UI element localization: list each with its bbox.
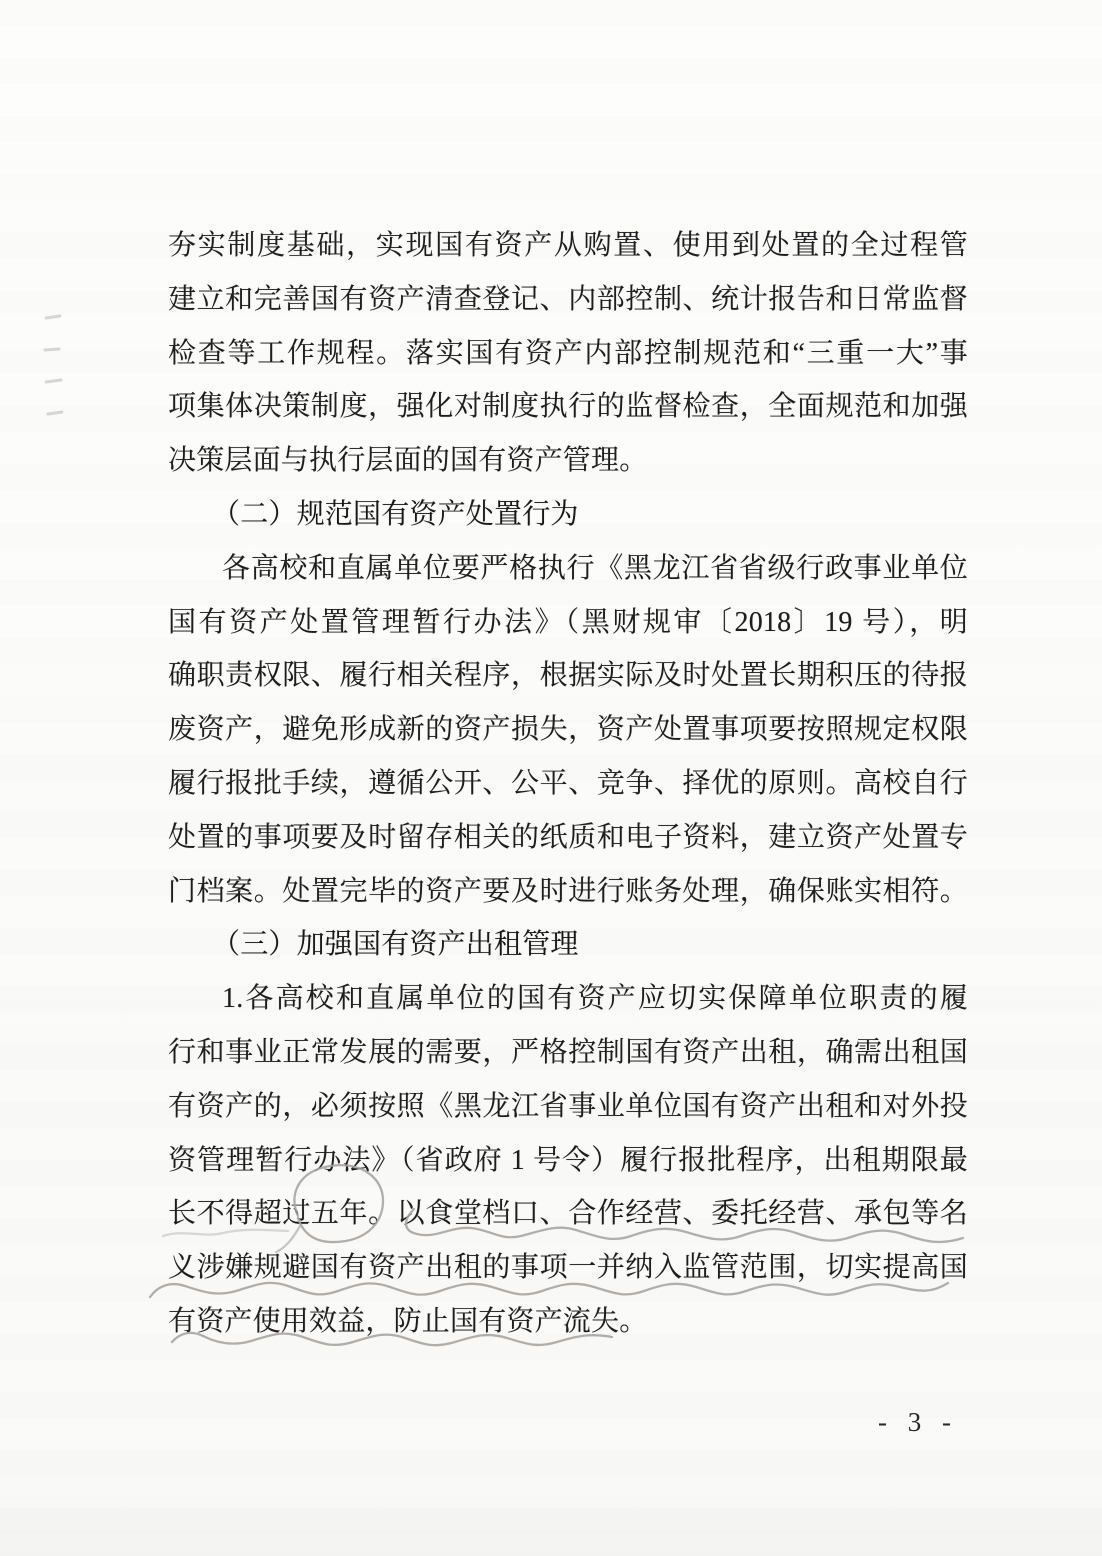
text-line: 检查等工作规程。落实国有资产内部控制规范和“三重一大”事 bbox=[168, 327, 968, 381]
section-heading-2: （二）规范国有资产处置行为 bbox=[212, 488, 968, 542]
text-line: 有资产使用效益，防止国有资产流失。 bbox=[168, 1295, 968, 1349]
text-line: 确职责权限、履行相关程序，根据实际及时处置长期积压的待报 bbox=[168, 649, 968, 703]
text-line: 长不得超过五年。以食堂档口、合作经营、委托经营、承包等名 bbox=[168, 1187, 968, 1241]
text-line: 各高校和直属单位要严格执行《黑龙江省省级行政事业单位 bbox=[222, 542, 968, 596]
text-line: 义涉嫌规避国有资产出租的事项一并纳入监管范围，切实提高国 bbox=[168, 1241, 968, 1295]
text-line: 履行报批手续，遵循公开、公平、竞争、择优的原则。高校自行 bbox=[168, 757, 968, 811]
margin-mark bbox=[46, 380, 61, 382]
text-line: 决策层面与执行层面的国有资产管理。 bbox=[168, 434, 968, 488]
text-line: 1.各高校和直属单位的国有资产应切实保障单位职责的履 bbox=[222, 972, 968, 1026]
text-line: 夯实制度基础，实现国有资产从购置、使用到处置的全过程管理。 bbox=[168, 219, 968, 273]
margin-mark bbox=[45, 349, 59, 350]
text-line: 处置的事项要及时留存相关的纸质和电子资料，建立资产处置专 bbox=[168, 811, 968, 865]
text-line: 废资产，避免形成新的资产损失，资产处置事项要按照规定权限 bbox=[168, 703, 968, 757]
margin-mark bbox=[48, 412, 62, 414]
text-line: 门档案。处置完毕的资产要及时进行账务处理，确保账实相符。 bbox=[168, 865, 968, 919]
text-line: 国有资产处置管理暂行办法》（黑财规审〔2018〕19 号），明 bbox=[168, 596, 968, 650]
text-line: 项集体决策制度，强化对制度执行的监督检查，全面规范和加强 bbox=[168, 380, 968, 434]
scanned-document-page: 夯实制度基础，实现国有资产从购置、使用到处置的全过程管理。 建立和完善国有资产清… bbox=[0, 0, 1102, 1556]
text-line: 建立和完善国有资产清查登记、内部控制、统计报告和日常监督 bbox=[168, 273, 968, 327]
text-line: 行和事业正常发展的需要，严格控制国有资产出租，确需出租国 bbox=[168, 1026, 968, 1080]
section-heading-3: （三）加强国有资产出租管理 bbox=[212, 918, 968, 972]
document-body: 夯实制度基础，实现国有资产从购置、使用到处置的全过程管理。 建立和完善国有资产清… bbox=[168, 219, 968, 1349]
text-line: 资管理暂行办法》（省政府 1 号令）履行报批程序，出租期限最 bbox=[168, 1134, 968, 1188]
text-line: 有资产的，必须按照《黑龙江省事业单位国有资产出租和对外投 bbox=[168, 1080, 968, 1134]
margin-mark bbox=[46, 316, 60, 318]
page-number: - 3 - bbox=[878, 1407, 958, 1438]
